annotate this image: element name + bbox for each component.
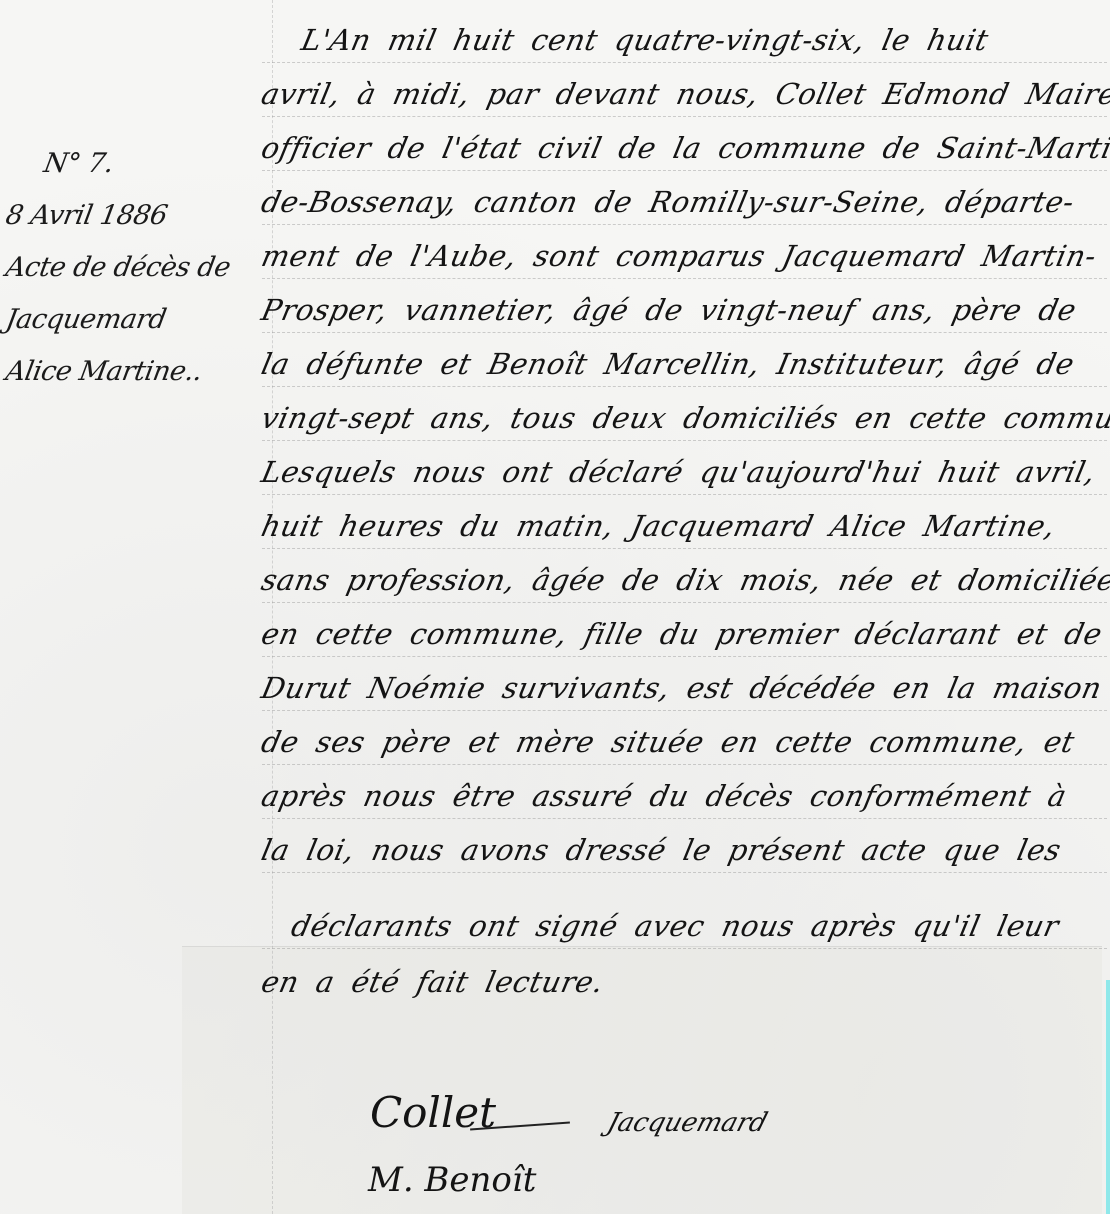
body-line-text: de ses père et mère située en cette comm… (257, 720, 1079, 764)
body-line: ment de l'Aube, sont comparus Jacquemard… (262, 234, 1107, 279)
body-line-text: sans profession, âgée de dix mois, née e… (257, 558, 1110, 602)
body-line: Prosper, vannetier, âgé de vingt-neuf an… (262, 288, 1107, 333)
body-line: de-Bossenay, canton de Romilly-sur-Seine… (262, 180, 1107, 225)
body-line-text: la loi, nous avons dressé le présent act… (257, 828, 1065, 872)
body-line: après nous être assuré du décès conformé… (262, 774, 1107, 819)
body-line-text: déclarants ont signé avec nous après qu'… (287, 904, 1063, 948)
body-line: sans profession, âgée de dix mois, née e… (262, 558, 1107, 603)
body-line: officier de l'état civil de la commune d… (262, 126, 1107, 171)
signature-jacquemard: Jacquemard (604, 1108, 771, 1138)
body-line-text: avril, à midi, par devant nous, Collet E… (257, 72, 1110, 116)
body-line-text: vingt-sept ans, tous deux domiciliés en … (257, 396, 1110, 440)
entry-title: Acte de décès de (1, 242, 260, 294)
body-line: huit heures du matin, Jacquemard Alice M… (262, 504, 1107, 549)
body-line: la défunte et Benoît Marcellin, Institut… (262, 342, 1107, 387)
body-line-text: L'An mil huit cent quatre-vingt-six, le … (297, 18, 992, 62)
body-line-text: en a été fait lecture. (257, 960, 608, 1004)
body-line: Durut Noémie survivants, est décédée en … (262, 666, 1107, 711)
body-line: avril, à midi, par devant nous, Collet E… (262, 72, 1107, 117)
body-line-text: Lesquels nous ont déclaré qu'aujourd'hui… (257, 450, 1110, 494)
body-line-text: huit heures du matin, Jacquemard Alice M… (257, 504, 1059, 548)
entry-given-names: Alice Martine.. (1, 346, 260, 398)
body-line: en cette commune, fille du premier décla… (262, 612, 1107, 657)
body-line: en a été fait lecture. (262, 960, 1107, 1004)
body-line-text: ment de l'Aube, sont comparus Jacquemard… (257, 234, 1100, 278)
body-line-text: officier de l'état civil de la commune d… (257, 126, 1110, 170)
scan-edge-strip (1106, 980, 1110, 1214)
body-line: déclarants ont signé avec nous après qu'… (262, 904, 1107, 949)
scanned-register-page: N° 7. 8 Avril 1886 Acte de décès de Jacq… (0, 0, 1110, 1214)
margin-note: N° 7. 8 Avril 1886 Acte de décès de Jacq… (6, 138, 256, 398)
body-line: vingt-sept ans, tous deux domiciliés en … (262, 396, 1107, 441)
body-line-text: la défunte et Benoît Marcellin, Institut… (257, 342, 1078, 386)
entry-number: N° 7. (1, 138, 260, 190)
body-line-text: après nous être assuré du décès conformé… (257, 774, 1071, 818)
body-line: la loi, nous avons dressé le présent act… (262, 828, 1107, 873)
entry-date: 8 Avril 1886 (1, 190, 260, 242)
body-line: L'An mil huit cent quatre-vingt-six, le … (262, 18, 1107, 63)
entry-surname: Jacquemard (1, 294, 260, 346)
body-line-text: Durut Noémie survivants, est décédée en … (257, 666, 1106, 710)
body-line-text: en cette commune, fille du premier décla… (257, 612, 1106, 656)
body-line-text: de-Bossenay, canton de Romilly-sur-Seine… (257, 180, 1078, 224)
body-line: Lesquels nous ont déclaré qu'aujourd'hui… (262, 450, 1107, 495)
signature-benoit: M. Benoît (368, 1160, 536, 1200)
body-line-text: Prosper, vannetier, âgé de vingt-neuf an… (257, 288, 1080, 332)
body-line: de ses père et mère située en cette comm… (262, 720, 1107, 765)
